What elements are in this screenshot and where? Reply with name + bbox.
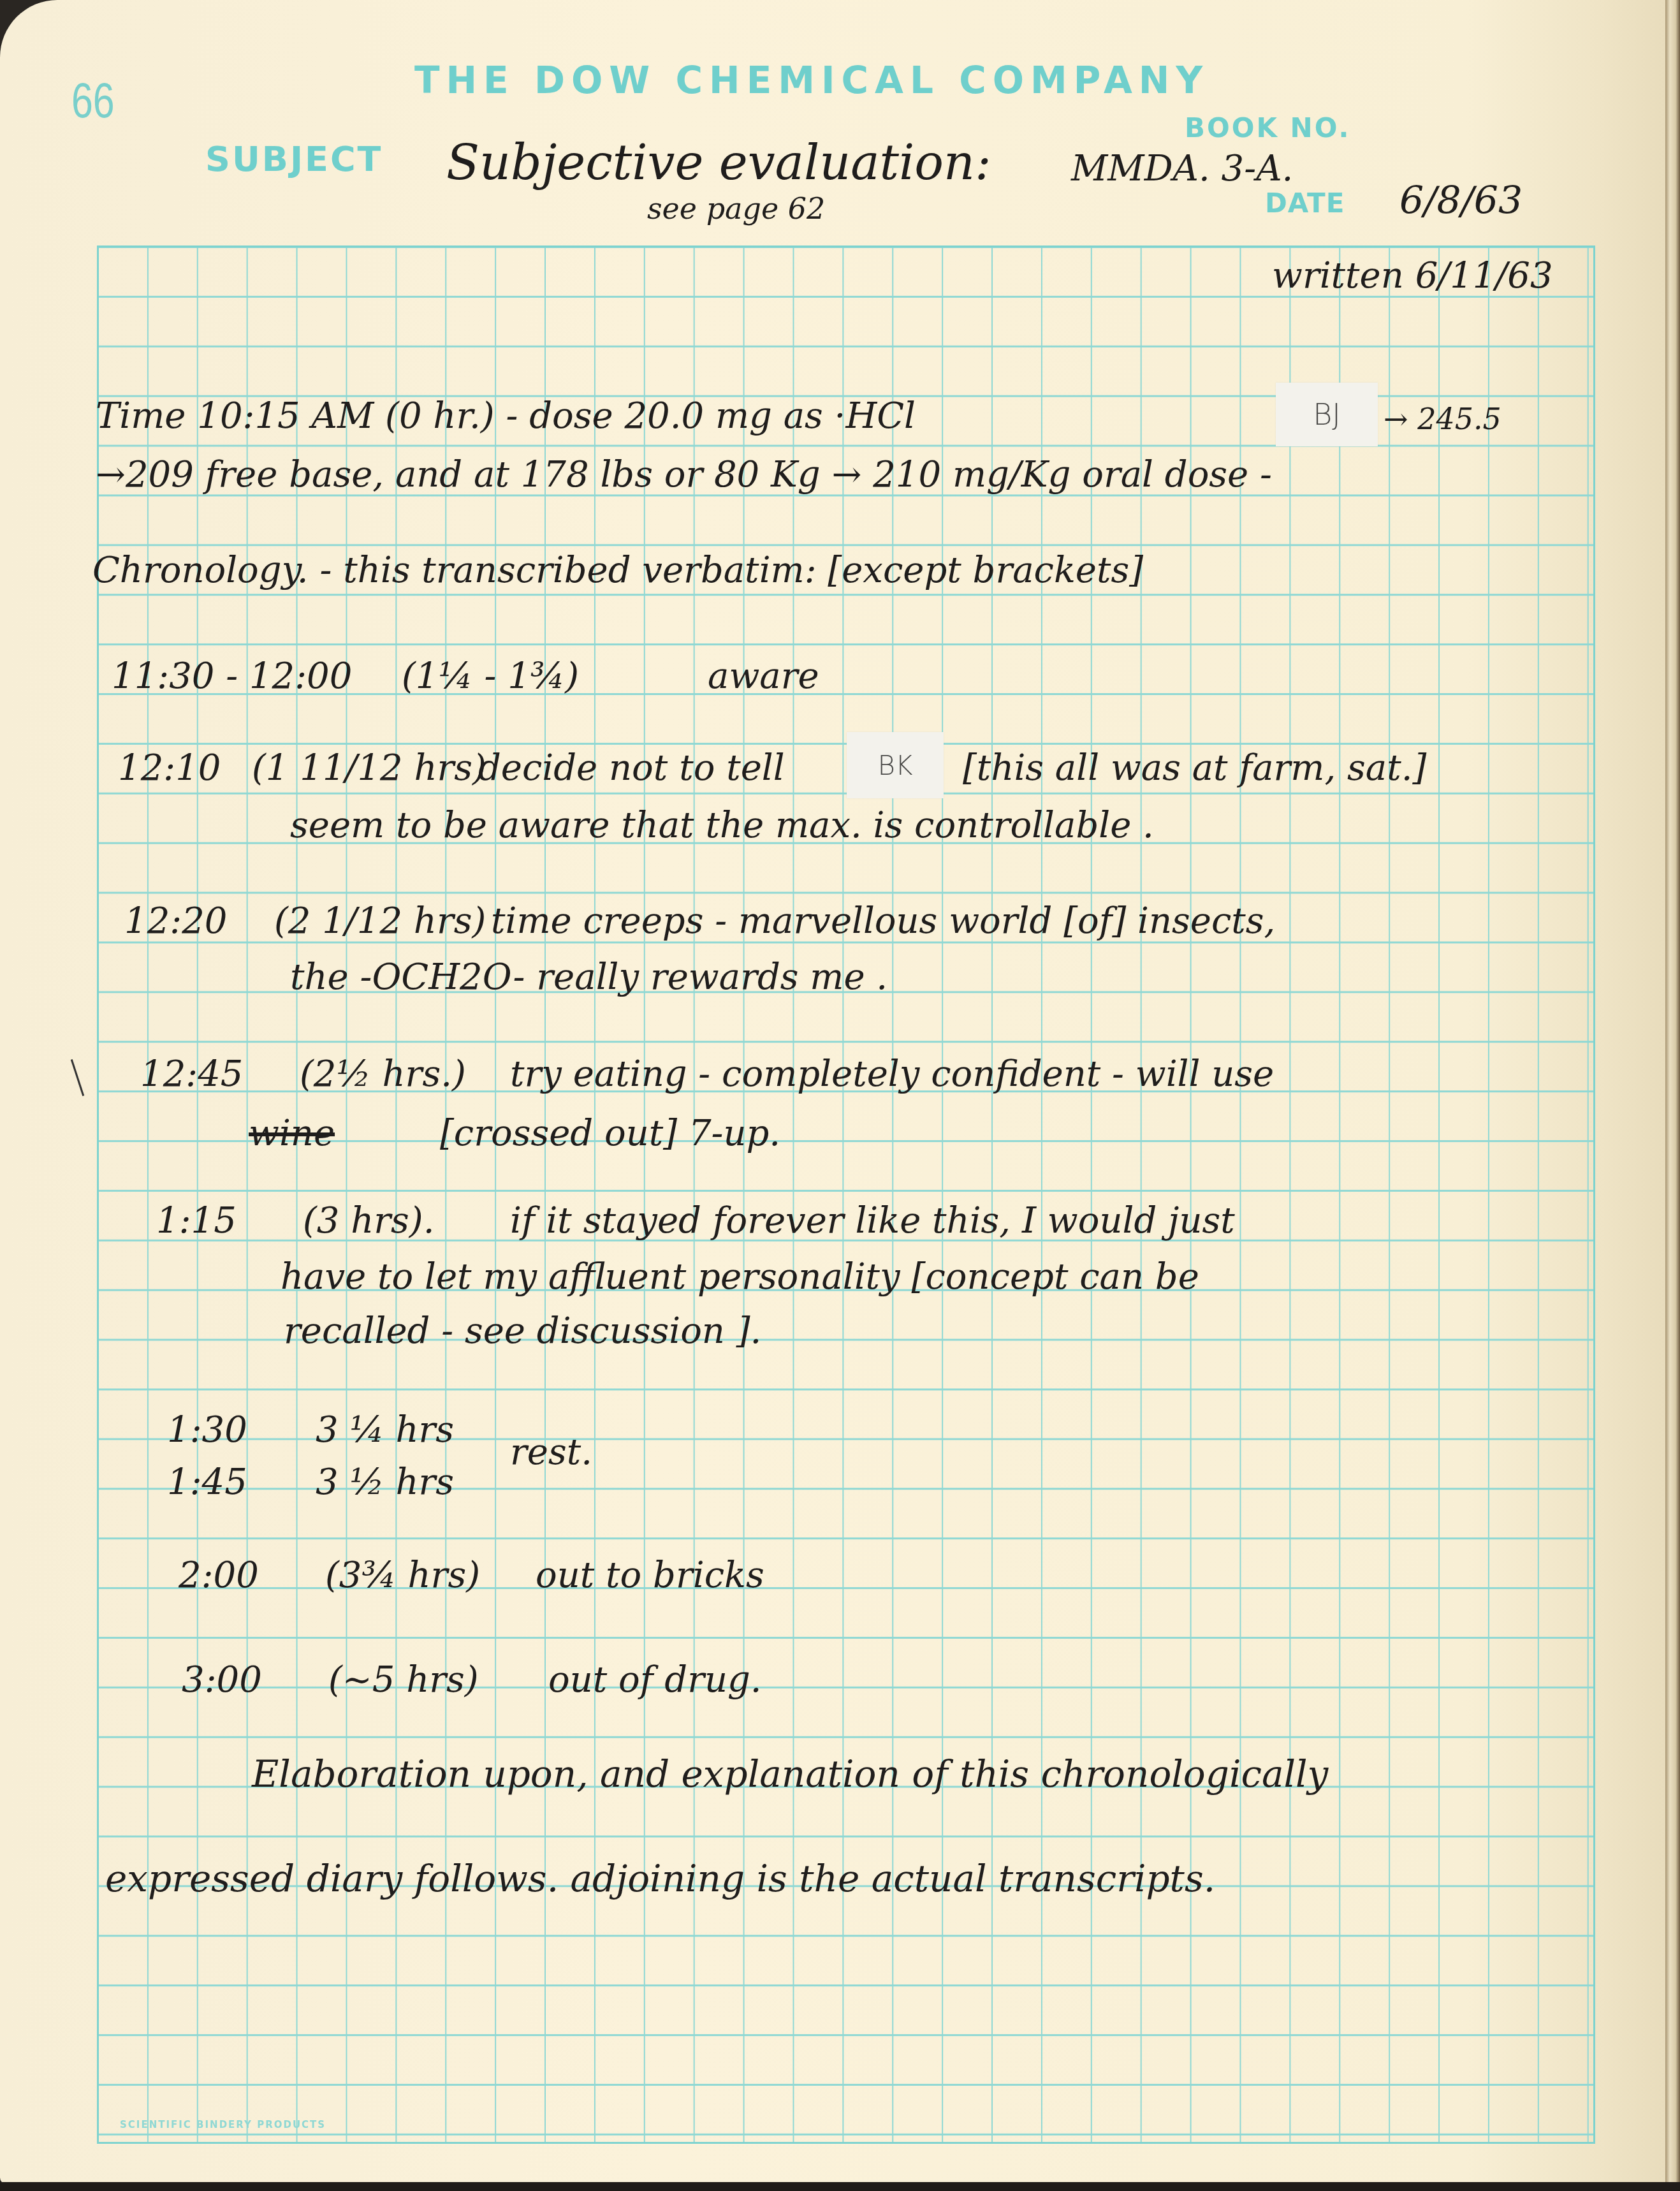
- entry-elapsed: (1 11/12 hrs): [252, 747, 486, 789]
- company-name: THE DOW CHEMICAL COMPANY: [414, 59, 1209, 102]
- page-number: 66: [71, 71, 115, 129]
- date-value: 6/8/63: [1399, 179, 1523, 223]
- entry-elapsed: (3¾ hrs): [325, 1555, 480, 1596]
- entry-text: the -OCH2O- really rewards me .: [290, 956, 887, 998]
- entry-time: 1:15: [156, 1200, 237, 1242]
- entry-elapsed: (3 hrs).: [303, 1200, 435, 1242]
- sticker-bk: BK: [847, 732, 944, 798]
- page-binding-edge: [1665, 0, 1680, 2191]
- entry-text: rest.: [510, 1432, 592, 1473]
- closing-line-2: expressed diary follows. adjoining is th…: [105, 1857, 1215, 1900]
- entry-time: 1:30: [167, 1409, 247, 1451]
- closing-line-1: Elaboration upon, and explanation of thi…: [252, 1752, 1328, 1796]
- subject-label: SUBJECT: [205, 139, 383, 179]
- entry-text: time creeps - marvellous world [of] inse…: [491, 900, 1275, 942]
- entry-time: 12:20: [124, 900, 227, 942]
- entry-elapsed: (2 1/12 hrs): [274, 900, 486, 942]
- entry-text: have to let my affluent personality [con…: [281, 1256, 1199, 1298]
- entry-time: 2:00: [179, 1555, 259, 1596]
- date-label: DATE: [1265, 187, 1345, 219]
- entry-text: recalled - see discussion ].: [284, 1310, 761, 1352]
- entry-text: try eating - completely confident - will…: [510, 1053, 1274, 1095]
- entry-elapsed: 3 ¼ hrs: [316, 1409, 454, 1451]
- entry-time: 11:30 - 12:00: [112, 656, 352, 697]
- book-no-label: BOOK NO.: [1185, 112, 1350, 143]
- entry-elapsed: 3 ½ hrs: [316, 1462, 454, 1503]
- subject-note: see page 62: [647, 191, 825, 226]
- intro-line-1: Time 10:15 AM (0 hr.) - dose 20.0 mg as …: [96, 395, 916, 437]
- entry-elapsed: (~5 hrs): [328, 1659, 479, 1701]
- entry-time: 12:45: [140, 1053, 243, 1095]
- written-date: written 6/11/63: [1272, 255, 1553, 297]
- entry-time: 12:10: [118, 747, 221, 789]
- entry-text: [crossed out] 7-up.: [440, 1113, 780, 1154]
- intro-line-1-tail: → 245.5: [1384, 402, 1501, 436]
- sticker-bj: BJ: [1276, 383, 1378, 446]
- entry-time: 1:45: [167, 1462, 247, 1503]
- chronology-heading: Chronology. - this transcribed verbatim:…: [92, 550, 1143, 591]
- entry-text: [this all was at farm, sat.]: [963, 747, 1426, 789]
- entry-elapsed: (1¼ - 1¾): [402, 656, 579, 697]
- entry-elapsed: (2½ hrs.): [300, 1053, 466, 1095]
- book-no-value: MMDA. 3-A.: [1071, 148, 1293, 189]
- bindery-label: SCIENTIFIC BINDERY PRODUCTS: [120, 2119, 326, 2130]
- entry-text: if it stayed forever like this, I would …: [510, 1200, 1235, 1242]
- entry-text: out of drug.: [548, 1659, 762, 1701]
- page-bottom-shadow: [0, 2182, 1680, 2191]
- entry-text: aware: [708, 656, 819, 697]
- entry-text-struck: wine: [249, 1113, 335, 1154]
- entry-text: out to bricks: [536, 1555, 764, 1596]
- intro-line-2: →209 free base, and at 178 lbs or 80 Kg …: [96, 454, 1272, 495]
- entry-text: seem to be aware that the max. is contro…: [290, 805, 1154, 846]
- entry-text: decide not to tell: [478, 747, 785, 789]
- subject-value: Subjective evaluation:: [446, 134, 991, 191]
- entry-time: 3:00: [182, 1659, 262, 1701]
